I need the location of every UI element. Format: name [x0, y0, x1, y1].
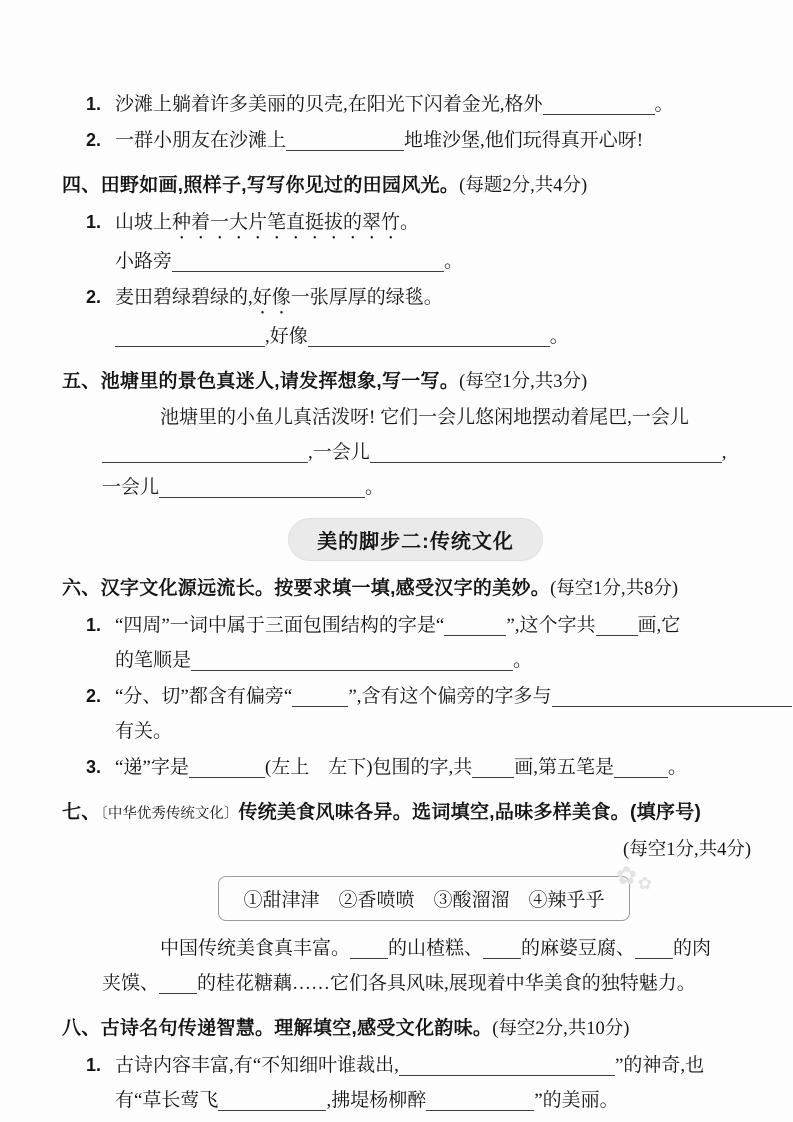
answer-blank[interactable] — [614, 754, 668, 778]
category-tag-label: 〔中华优秀传统文化〕 — [101, 806, 239, 822]
question-text: 。 — [513, 650, 532, 671]
word-options-box: ✿✿①甜津津 ②香喷喷 ③酸溜溜 ④辣乎乎 — [218, 876, 630, 921]
word-options: ①甜津津 ②香喷喷 ③酸溜溜 ④辣乎乎 — [243, 890, 604, 911]
worksheet-page: 1.沙滩上躺着许多美丽的贝壳,在阳光下闪着金光,格外。2.一群小朋友在沙滩上地堆… — [0, 0, 793, 1122]
answer-blank[interactable] — [189, 754, 265, 778]
item-number: 3. — [86, 750, 115, 785]
item-number: 1. — [86, 205, 115, 279]
question-text: 夹馍、 — [102, 973, 159, 994]
question-line: “分、切”都含有偏旁“”,含有这个偏旁的字多与 — [115, 679, 769, 714]
answer-blank[interactable] — [102, 439, 308, 463]
answer-blank[interactable] — [552, 683, 792, 707]
question-line: ,好像。 — [115, 319, 769, 354]
question-item: 3.“递”字是(左上 左下)包围的字,共画,第五笔是。 — [86, 750, 769, 785]
question-text: ,拂堤杨柳醉 — [326, 1090, 426, 1111]
answer-blank[interactable] — [159, 474, 365, 498]
question-text: 。 — [550, 326, 569, 347]
worksheet: 1.沙滩上躺着许多美丽的贝壳,在阳光下闪着金光,格外。2.一群小朋友在沙滩上地堆… — [62, 87, 769, 1118]
section-heading: 七、〔中华优秀传统文化〕传统美食风味各异。选词填空,品味多样美食。(填序号)(每… — [62, 795, 769, 868]
question-item: 1.“四周”一词中属于三面包围结构的字是“”,这个字共画,它的笔顺是。 — [86, 608, 769, 678]
answer-blank[interactable] — [115, 323, 265, 347]
question-paragraph: 中国传统美食真丰富。的山楂糕、的麻婆豆腐、的肉夹馍、的桂花糖藕……它们各具风味,… — [102, 931, 769, 1001]
question-text: 。 — [444, 251, 463, 272]
question-text: 的山楂糕、 — [388, 938, 483, 959]
question-text: 中国传统美食真丰富。 — [160, 938, 350, 959]
item-number: 1. — [86, 1048, 115, 1118]
item-body: 沙滩上躺着许多美丽的贝壳,在阳光下闪着金光,格外。 — [115, 87, 769, 122]
question-line: “递”字是(左上 左下)包围的字,共画,第五笔是。 — [115, 750, 769, 785]
question-text: , — [722, 442, 727, 463]
question-text: 地堆沙堡,他们玩得真开心呀! — [404, 130, 643, 151]
heading-text: 八、古诗名句传递智慧。理解填空,感受文化韵味。 — [62, 1018, 492, 1039]
item-number: 1. — [86, 608, 115, 678]
question-item: 2.麦田碧绿碧绿的,好像一张厚厚的绿毯。,好像。 — [86, 280, 769, 354]
question-line: 山坡上种着一大片笔直挺拔的翠竹。 — [115, 205, 769, 244]
heading-text: 六、汉字文化源远流长。按要求填一填,感受汉字的美妙。 — [62, 578, 550, 599]
question-line: 的笔顺是。 — [115, 643, 769, 678]
answer-blank[interactable] — [218, 1087, 326, 1111]
question-item: 1.山坡上种着一大片笔直挺拔的翠竹。小路旁。 — [86, 205, 769, 279]
question-line: 古诗内容丰富,有“不知细叶谁裁出,”的神奇,也 — [115, 1048, 769, 1083]
question-text: 沙滩上躺着许多美丽的贝壳,在阳光下闪着金光,格外 — [115, 94, 543, 115]
answer-blank[interactable] — [172, 248, 444, 272]
question-line: 沙滩上躺着许多美丽的贝壳,在阳光下闪着金光,格外。 — [115, 87, 769, 122]
heading-text: 传统美食风味各异。选词填空,品味多样美食。(填序号) — [238, 802, 701, 823]
heading-text: 五、池塘里的景色真迷人,请发挥想象,写一写。 — [62, 371, 459, 392]
answer-blank[interactable] — [444, 612, 506, 636]
score-note: (每题2分,共4分) — [459, 176, 587, 196]
question-text: 有关。 — [115, 721, 172, 742]
question-line: 一会儿。 — [102, 470, 769, 505]
item-body: 古诗内容丰富,有“不知细叶谁裁出,”的神奇,也有“草长莺飞,拂堤杨柳醉”的美丽。 — [115, 1048, 769, 1118]
item-number: 1. — [86, 87, 115, 122]
answer-blank[interactable] — [635, 935, 673, 959]
item-body: 山坡上种着一大片笔直挺拔的翠竹。小路旁。 — [115, 205, 769, 279]
question-text: 画,它 — [638, 615, 681, 636]
item-body: “递”字是(左上 左下)包围的字,共画,第五笔是。 — [115, 750, 769, 785]
question-line: 麦田碧绿碧绿的,好像一张厚厚的绿毯。 — [115, 280, 769, 319]
question-line: 一群小朋友在沙滩上地堆沙堡,他们玩得真开心呀! — [115, 123, 769, 158]
question-text: ”的美丽。 — [534, 1090, 618, 1111]
item-body: “四周”一词中属于三面包围结构的字是“”,这个字共画,它的笔顺是。 — [115, 608, 769, 678]
flower-decoration-icon: ✿ — [638, 875, 652, 892]
question-text: “递”字是 — [115, 757, 189, 778]
heading-text: 四、田野如画,照样子,写写你见过的田园风光。 — [62, 175, 459, 196]
question-line: 六、汉字文化源远流长。按要求填一填,感受汉字的美妙。(每空1分,共8分) — [62, 571, 769, 607]
emphasized-text: 种着一大片笔直挺拔的翠竹 — [172, 212, 400, 233]
question-paragraph: 池塘里的小鱼儿真活泼呀! 它们一会儿悠闲地摆动着尾巴,一会儿,一会儿,一会儿。 — [102, 400, 769, 505]
question-item: 1.古诗内容丰富,有“不知细叶谁裁出,”的神奇,也有“草长莺飞,拂堤杨柳醉”的美… — [86, 1048, 769, 1118]
section-heading: 八、古诗名句传递智慧。理解填空,感受文化韵味。(每空2分,共10分) — [62, 1011, 769, 1047]
item-number: 2. — [86, 280, 115, 354]
question-item: 2.一群小朋友在沙滩上地堆沙堡,他们玩得真开心呀! — [86, 123, 769, 158]
answer-blank[interactable] — [350, 935, 388, 959]
question-text: 小路旁 — [115, 251, 172, 272]
score-note: (每空1分,共8分) — [550, 579, 678, 599]
answer-blank[interactable] — [483, 935, 521, 959]
section-heading: 五、池塘里的景色真迷人,请发挥想象,写一写。(每空1分,共3分) — [62, 364, 769, 400]
answer-blank[interactable] — [426, 1087, 534, 1111]
unit-banner-label: 美的脚步二:传统文化 — [317, 531, 514, 553]
question-line: 七、〔中华优秀传统文化〕传统美食风味各异。选词填空,品味多样美食。(填序号) — [62, 795, 769, 832]
question-item: 2.“分、切”都含有偏旁“”,含有这个偏旁的字多与有关。 — [86, 679, 769, 749]
unit-banner-row: 美的脚步二:传统文化 — [62, 518, 769, 561]
question-line: 夹馍、的桂花糖藕……它们各具风味,展现着中华美食的独特魅力。 — [102, 966, 769, 1001]
question-text: 池塘里的小鱼儿真活泼呀! 它们一会儿悠闲地摆动着尾巴,一会儿 — [160, 407, 689, 428]
section-heading: 六、汉字文化源远流长。按要求填一填,感受汉字的美妙。(每空1分,共8分) — [62, 571, 769, 607]
score-note: (每空1分,共3分) — [459, 372, 587, 392]
question-line: 有“草长莺飞,拂堤杨柳醉”的美丽。 — [115, 1083, 769, 1118]
question-text: 。 — [365, 477, 384, 498]
question-line: 八、古诗名句传递智慧。理解填空,感受文化韵味。(每空2分,共10分) — [62, 1011, 769, 1047]
question-text: 的麻婆豆腐、 — [521, 938, 635, 959]
answer-blank[interactable] — [159, 970, 197, 994]
flower-decoration-icon: ✿ — [616, 864, 637, 889]
question-line: 五、池塘里的景色真迷人,请发挥想象,写一写。(每空1分,共3分) — [62, 364, 769, 400]
question-text: 一群小朋友在沙滩上 — [115, 130, 286, 151]
question-text: “分、切”都含有偏旁“ — [115, 686, 292, 707]
answer-blank[interactable] — [399, 1052, 615, 1076]
question-text: 古诗内容丰富,有“不知细叶谁裁出, — [115, 1055, 399, 1076]
question-line: 池塘里的小鱼儿真活泼呀! 它们一会儿悠闲地摆动着尾巴,一会儿 — [102, 400, 769, 435]
question-line: (每空1分,共4分) — [62, 832, 769, 868]
question-text: 画,第五笔是 — [514, 757, 614, 778]
answer-blank[interactable] — [370, 439, 722, 463]
question-text: 的桂花糖藕……它们各具风味,展现着中华美食的独特魅力。 — [197, 973, 696, 994]
question-text: ,好像 — [265, 326, 308, 347]
unit-banner: 美的脚步二:传统文化 — [288, 518, 543, 561]
answer-blank[interactable] — [596, 612, 638, 636]
question-text: 。 — [400, 212, 419, 233]
emphasized-text: 好像 — [253, 287, 291, 308]
item-number: 2. — [86, 123, 115, 158]
question-line: 有关。 — [115, 714, 769, 749]
item-body: 一群小朋友在沙滩上地堆沙堡,他们玩得真开心呀! — [115, 123, 769, 158]
question-text: ,一会儿 — [308, 442, 370, 463]
question-text: (左上 左下)包围的字,共 — [265, 757, 472, 778]
question-text: 一会儿 — [102, 477, 159, 498]
question-text: “四周”一词中属于三面包围结构的字是“ — [115, 615, 444, 636]
answer-blank[interactable] — [543, 91, 655, 115]
question-line: 中国传统美食真丰富。的山楂糕、的麻婆豆腐、的肉 — [102, 931, 769, 966]
question-text: 。 — [668, 757, 687, 778]
section-heading: 四、田野如画,照样子,写写你见过的田园风光。(每题2分,共4分) — [62, 168, 769, 204]
item-body: “分、切”都含有偏旁“”,含有这个偏旁的字多与有关。 — [115, 679, 769, 749]
question-text: 麦田碧绿碧绿的, — [115, 287, 253, 308]
question-line: 四、田野如画,照样子,写写你见过的田园风光。(每题2分,共4分) — [62, 168, 769, 204]
answer-blank[interactable] — [472, 754, 514, 778]
question-item: 1.沙滩上躺着许多美丽的贝壳,在阳光下闪着金光,格外。 — [86, 87, 769, 122]
item-number: 2. — [86, 679, 115, 749]
answer-blank[interactable] — [191, 647, 513, 671]
answer-blank[interactable] — [292, 683, 348, 707]
question-text: 的肉 — [673, 938, 711, 959]
score-note: (每空2分,共10分) — [492, 1019, 629, 1039]
question-text: 一张厚厚的绿毯。 — [291, 287, 443, 308]
question-text: ”的神奇,也 — [615, 1055, 704, 1076]
heading-text: 七、 — [62, 802, 101, 823]
answer-blank[interactable] — [308, 323, 550, 347]
score-note: (每空1分,共4分) — [623, 840, 751, 860]
question-line: 小路旁。 — [115, 244, 769, 279]
item-body: 麦田碧绿碧绿的,好像一张厚厚的绿毯。,好像。 — [115, 280, 769, 354]
question-text: 的笔顺是 — [115, 650, 191, 671]
question-text: 山坡上 — [115, 212, 172, 233]
question-text: 有“草长莺飞 — [115, 1090, 218, 1111]
question-line: “四周”一词中属于三面包围结构的字是“”,这个字共画,它 — [115, 608, 769, 643]
question-line: ,一会儿, — [102, 435, 769, 470]
question-text: ”,含有这个偏旁的字多与 — [348, 686, 551, 707]
question-text: ”,这个字共 — [506, 615, 595, 636]
answer-blank[interactable] — [286, 127, 404, 151]
question-text: 。 — [655, 94, 674, 115]
